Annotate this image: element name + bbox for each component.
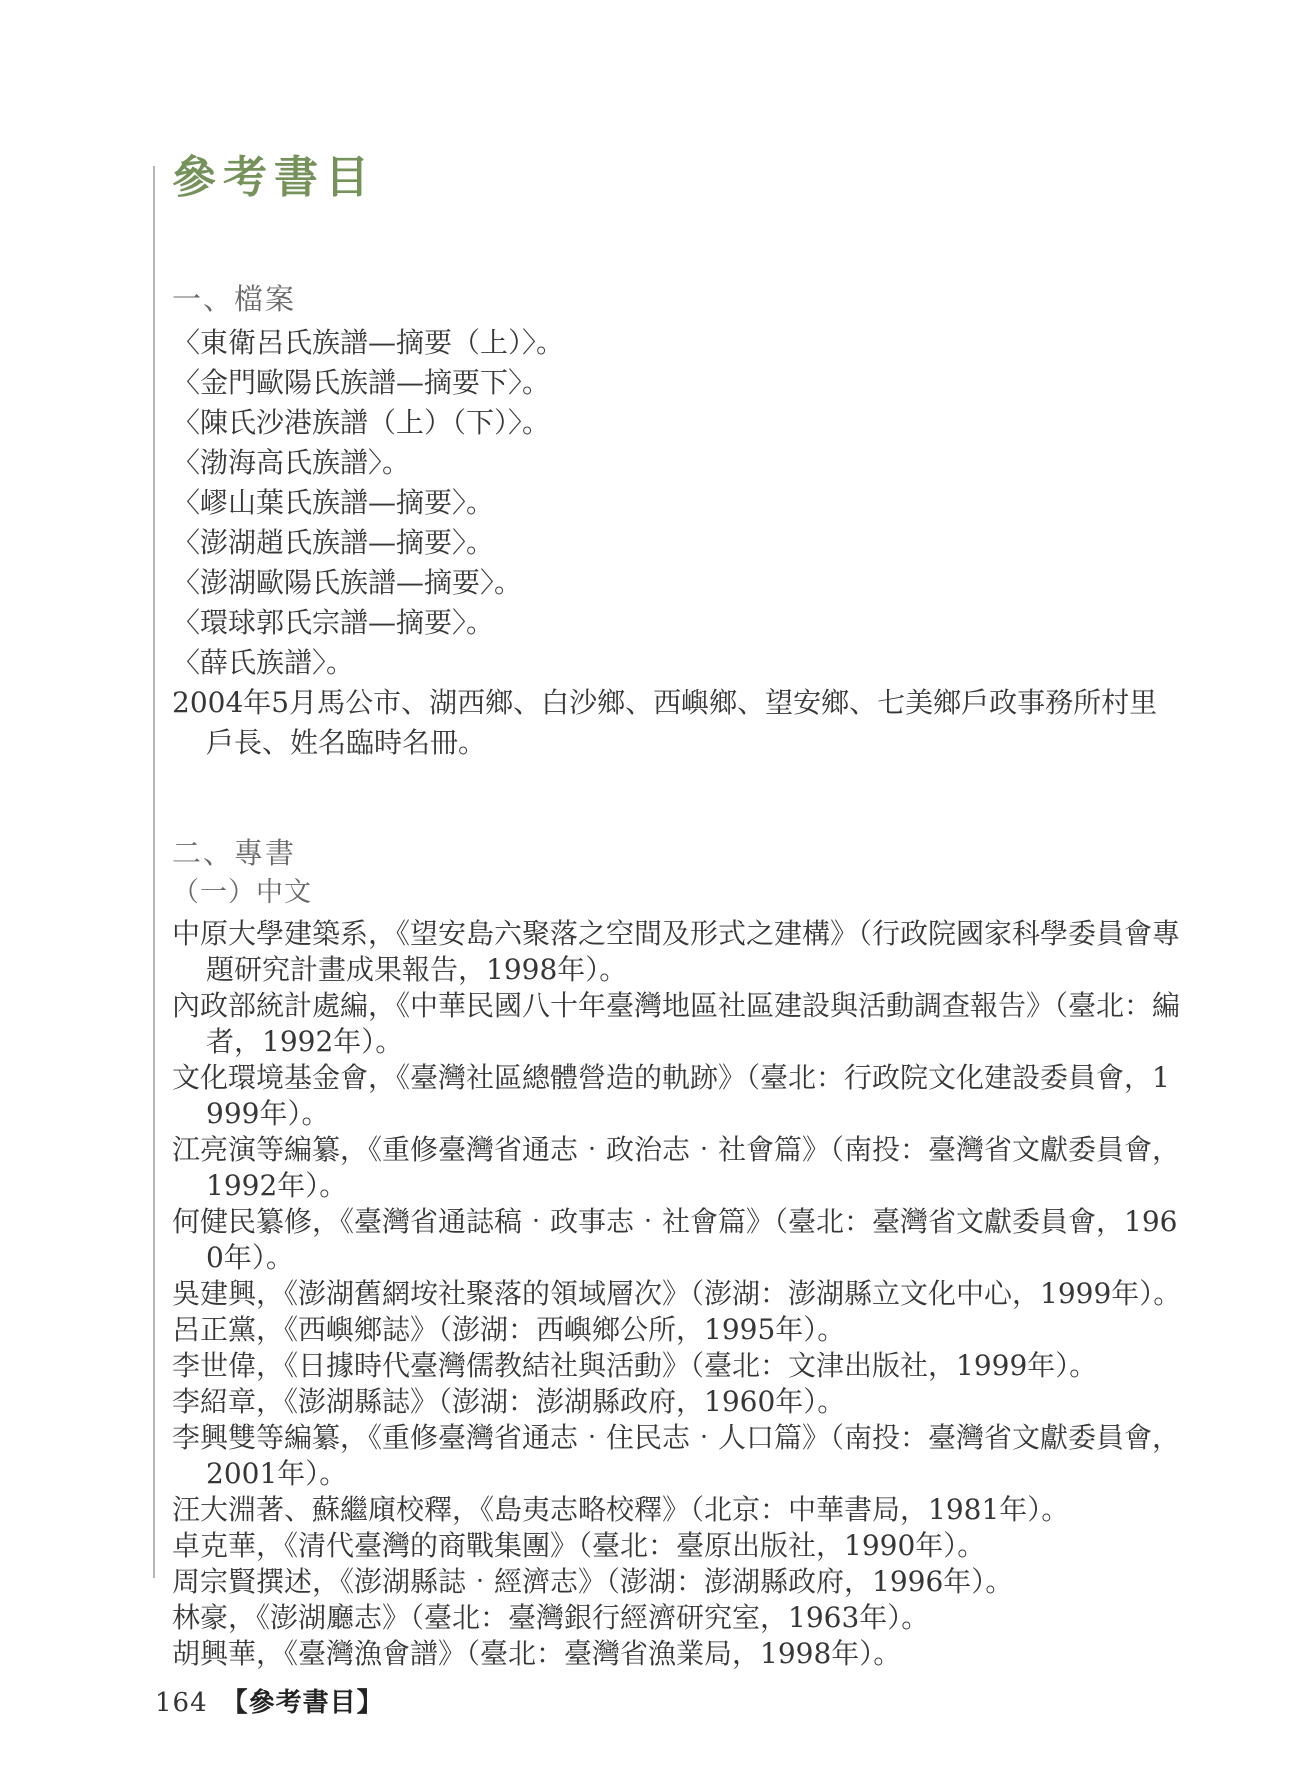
bibliography-entry: 江亮演等編纂，《重修臺灣省通志‧政治志‧社會篇》（南投：臺灣省文獻委員會，199… — [172, 1132, 1182, 1204]
archives-entry-list: 〈東衛呂氏族譜—摘要（上）〉。 〈金門歐陽氏族譜—摘要下〉。 〈陳氏沙港族譜（上… — [172, 323, 1182, 763]
page-content: 參考書目 一、檔案 〈東衛呂氏族譜—摘要（上）〉。 〈金門歐陽氏族譜—摘要下〉。… — [172, 0, 1182, 1672]
page-footer: 164【參考書目】 — [155, 1682, 384, 1719]
left-margin-rule — [153, 166, 155, 1578]
bibliography-entry: 中原大學建築系，《望安島六聚落之空間及形式之建構》（行政院國家科學委員會專題研究… — [172, 916, 1182, 988]
bibliography-entry: 〈環球郭氏宗譜—摘要〉。 — [172, 603, 1182, 643]
bibliography-entry: 〈渤海高氏族譜〉。 — [172, 443, 1182, 483]
bibliography-entry: 〈澎湖趙氏族譜—摘要〉。 — [172, 523, 1182, 563]
footer-section-label: 【參考書目】 — [222, 1688, 384, 1718]
bibliography-entry: 〈金門歐陽氏族譜—摘要下〉。 — [172, 363, 1182, 403]
bibliography-entry: 胡興華，《臺灣漁會譜》（臺北：臺灣省漁業局，1998年）。 — [172, 1636, 1182, 1672]
section-heading-books: 二、專書 — [172, 837, 1182, 870]
bibliography-entry: 李興雙等編纂，《重修臺灣省通志‧住民志‧人口篇》（南投：臺灣省文獻委員會，200… — [172, 1420, 1182, 1492]
bibliography-entry: 2004年5月馬公市、湖西鄉、白沙鄉、西嶼鄉、望安鄉、七美鄉戶政事務所村里戶長、… — [172, 683, 1182, 763]
page-number: 164 — [155, 1688, 208, 1718]
section-books: 二、專書 （一）中文 中原大學建築系，《望安島六聚落之空間及形式之建構》（行政院… — [172, 837, 1182, 1672]
bibliography-entry: 李世偉，《日據時代臺灣儒教結社與活動》（臺北：文津出版社，1999年）。 — [172, 1348, 1182, 1384]
books-entry-list: 中原大學建築系，《望安島六聚落之空間及形式之建構》（行政院國家科學委員會專題研究… — [172, 916, 1182, 1672]
bibliography-entry: 〈陳氏沙港族譜（上）（下）〉。 — [172, 403, 1182, 443]
subsection-heading-chinese: （一）中文 — [172, 877, 1182, 909]
bibliography-entry: 〈嵺山葉氏族譜—摘要〉。 — [172, 483, 1182, 523]
section-archives: 一、檔案 〈東衛呂氏族譜—摘要（上）〉。 〈金門歐陽氏族譜—摘要下〉。 〈陳氏沙… — [172, 283, 1182, 763]
bibliography-entry: 文化環境基金會，《臺灣社區總體營造的軌跡》（臺北：行政院文化建設委員會，1999… — [172, 1060, 1182, 1132]
section-heading-archives: 一、檔案 — [172, 283, 1182, 316]
bibliography-entry: 何健民纂修，《臺灣省通誌稿‧政事志‧社會篇》（臺北：臺灣省文獻委員會，1960年… — [172, 1204, 1182, 1276]
bibliography-entry: 卓克華，《清代臺灣的商戰集團》（臺北：臺原出版社，1990年）。 — [172, 1528, 1182, 1564]
bibliography-entry: 李紹章，《澎湖縣誌》（澎湖：澎湖縣政府，1960年）。 — [172, 1384, 1182, 1420]
bibliography-entry: 〈澎湖歐陽氏族譜—摘要〉。 — [172, 563, 1182, 603]
bibliography-entry: 〈薛氏族譜〉。 — [172, 643, 1182, 683]
bibliography-entry: 內政部統計處編，《中華民國八十年臺灣地區社區建設與活動調查報告》（臺北：編者，1… — [172, 988, 1182, 1060]
bibliography-entry: 汪大淵著、蘇繼廎校釋，《島夷志略校釋》（北京：中華書局，1981年）。 — [172, 1492, 1182, 1528]
bibliography-entry: 周宗賢撰述，《澎湖縣誌‧經濟志》（澎湖：澎湖縣政府，1996年）。 — [172, 1564, 1182, 1600]
bibliography-entry: 〈東衛呂氏族譜—摘要（上）〉。 — [172, 323, 1182, 363]
page-title: 參考書目 — [172, 153, 1182, 203]
bibliography-entry: 林豪，《澎湖廳志》（臺北：臺灣銀行經濟研究室，1963年）。 — [172, 1600, 1182, 1636]
bibliography-entry: 吳建興，《澎湖舊網垵社聚落的領域層次》（澎湖：澎湖縣立文化中心，1999年）。 — [172, 1276, 1182, 1312]
book-page: 參考書目 一、檔案 〈東衛呂氏族譜—摘要（上）〉。 〈金門歐陽氏族譜—摘要下〉。… — [0, 0, 1300, 1779]
bibliography-entry: 呂正黨，《西嶼鄉誌》（澎湖：西嶼鄉公所，1995年）。 — [172, 1312, 1182, 1348]
